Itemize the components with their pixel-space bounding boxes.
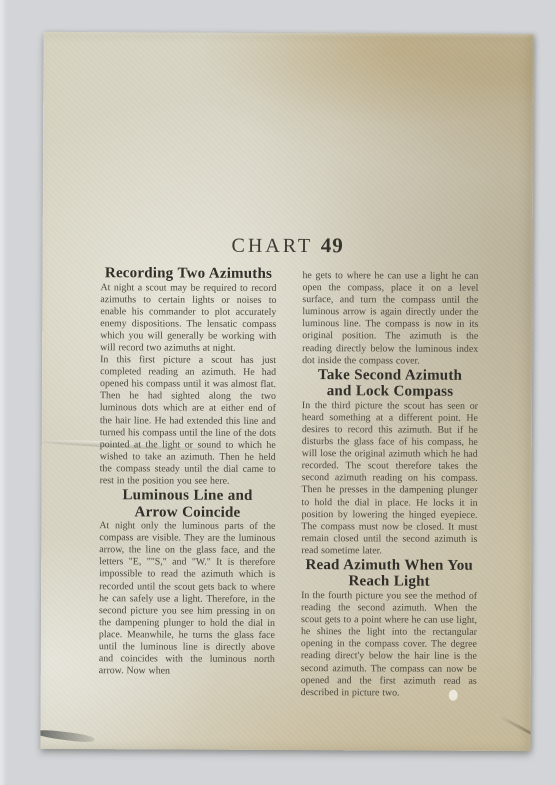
photo-backdrop: CHART 49 Recording Two Azimuths At night… <box>0 0 555 785</box>
page-title-number: 49 <box>321 233 344 257</box>
column-left: Recording Two Azimuths At night a scout … <box>99 265 277 699</box>
paragraph-left-2: In this first picture a scout has just c… <box>100 354 277 488</box>
heading-luminous-line-and-arrow-coincide: Luminous Line and Arrow Coincide <box>99 487 275 521</box>
paragraph-right-1: he gets to where he can use a light he c… <box>302 270 478 368</box>
corner-shadow <box>40 728 94 743</box>
paragraph-left-3: At night only the luminous parts of the … <box>99 520 276 678</box>
corner-crease <box>495 713 534 738</box>
heading-take-second-azimuth-and-lock-compass: Take Second Azimuth and Lock Compass <box>302 367 478 401</box>
document-page: CHART 49 Recording Two Azimuths At night… <box>40 32 533 751</box>
paragraph-right-3: In the fourth picture you see the method… <box>301 590 477 700</box>
heading-read-azimuth-when-you-reach-light: Read Azimuth When You Reach Light <box>301 557 477 591</box>
text-columns: Recording Two Azimuths At night a scout … <box>99 265 479 699</box>
page-title: CHART 49 <box>43 232 533 259</box>
column-right: he gets to where he can use a light he c… <box>301 266 479 700</box>
paragraph-left-1: At night a scout may be required to reco… <box>100 282 276 355</box>
heading-recording-two-azimuths: Recording Two Azimuths <box>100 265 276 282</box>
page-title-word: CHART <box>231 235 312 257</box>
paragraph-right-2: In the third picture the scout has seen … <box>301 400 478 558</box>
